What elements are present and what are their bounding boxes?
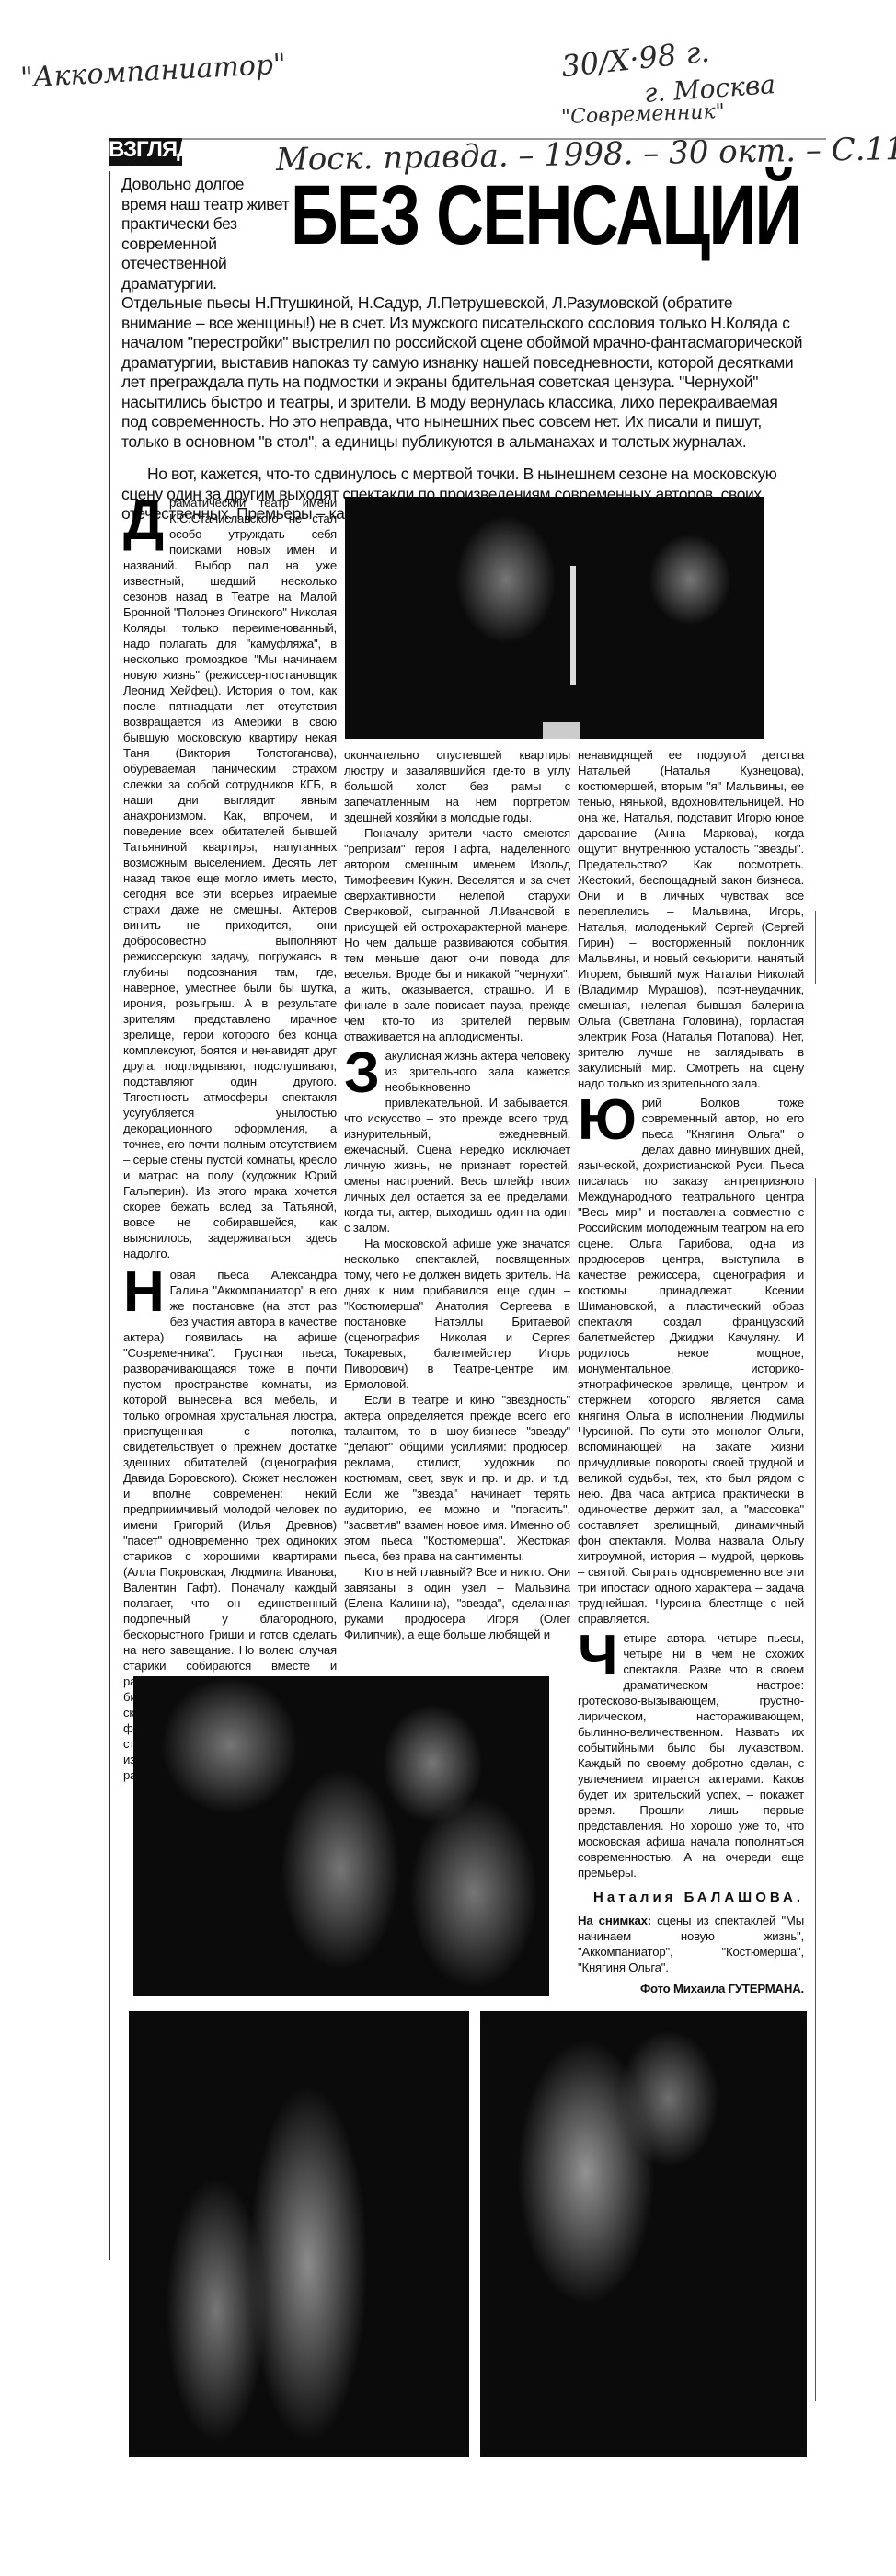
article-paragraph: На московской афише уже значатся несколь… xyxy=(344,1236,570,1392)
photo-figure-shape xyxy=(161,1676,299,1814)
article-paragraph: Кто в ней главный? Все и никто. Они завя… xyxy=(344,1564,570,1642)
drop-cap: Ч xyxy=(578,1632,617,1680)
article-column-2: окончательно опустевшей квартиры люстру … xyxy=(344,747,570,1642)
drop-cap: Д xyxy=(123,497,164,545)
photo-detail-light xyxy=(570,566,576,685)
handwritten-note-play-title: "Аккомпаниатор" xyxy=(19,48,286,94)
article-column-1: Драматический театр имени К.С.Станиславс… xyxy=(123,495,337,1783)
article-paragraph: Юрий Волков тоже современный автор, но е… xyxy=(578,1095,804,1627)
article-paragraph: Четыре автора, четыре пьесы, четыре ни в… xyxy=(578,1630,804,1880)
drop-cap: З xyxy=(344,1050,380,1098)
photo-figure-shape xyxy=(281,1768,400,1971)
photo-knyaginya-olga xyxy=(480,2011,807,2457)
drop-cap: Ю xyxy=(578,1097,637,1144)
handwritten-note-theatre: "Современник" xyxy=(561,100,726,129)
author-signature: Наталия БАЛАШОВА. xyxy=(578,1890,804,1905)
rubric-label: ВЗГЛЯД xyxy=(109,138,182,166)
right-column-rule xyxy=(815,911,816,984)
photo-figure-shape xyxy=(618,2030,719,2168)
article-paragraph: ненавидящей ее подругой детства Натальей… xyxy=(578,747,804,1091)
photo-figure-shape xyxy=(248,2085,368,2444)
photo-kostyumersha xyxy=(129,2011,469,2457)
article-paragraph: Поначалу зрители часто смеются "репризам… xyxy=(344,825,570,1044)
photo-akkompaniator xyxy=(133,1676,549,1996)
article-lead: Довольно долгое время наш театр живет пр… xyxy=(121,175,807,524)
drop-cap: Н xyxy=(123,1269,165,1317)
photo-figure-shape xyxy=(455,515,557,644)
left-column-rule xyxy=(109,171,110,2260)
article-paragraph: Если в театре и кино "звездность" актера… xyxy=(344,1392,570,1564)
photo-caption: На снимках: сцены из спектаклей "Мы начи… xyxy=(578,1913,804,1975)
right-column-rule xyxy=(815,1178,816,2401)
photo-detail-light xyxy=(543,722,580,739)
photo-credit: Фото Михаила ГУТЕРМАНА. xyxy=(578,1981,804,1996)
article-paragraph: Закулисная жизнь актера человеку из зрит… xyxy=(344,1048,570,1236)
article-paragraph: Драматический театр имени К.С.Станиславс… xyxy=(123,495,337,1261)
caption-label: На снимках: xyxy=(578,1914,651,1927)
photo-figure-shape xyxy=(409,1796,538,1989)
photo-figure-shape xyxy=(649,534,731,626)
photo-my-nachinaem-novuyu-zhizn xyxy=(345,497,764,739)
article-column-3: ненавидящей ее подругой детства Натальей… xyxy=(578,747,804,1996)
title-spacer xyxy=(292,175,807,276)
article-paragraph: окончательно опустевшей квартиры люстру … xyxy=(344,747,570,825)
header-rule xyxy=(109,138,826,140)
